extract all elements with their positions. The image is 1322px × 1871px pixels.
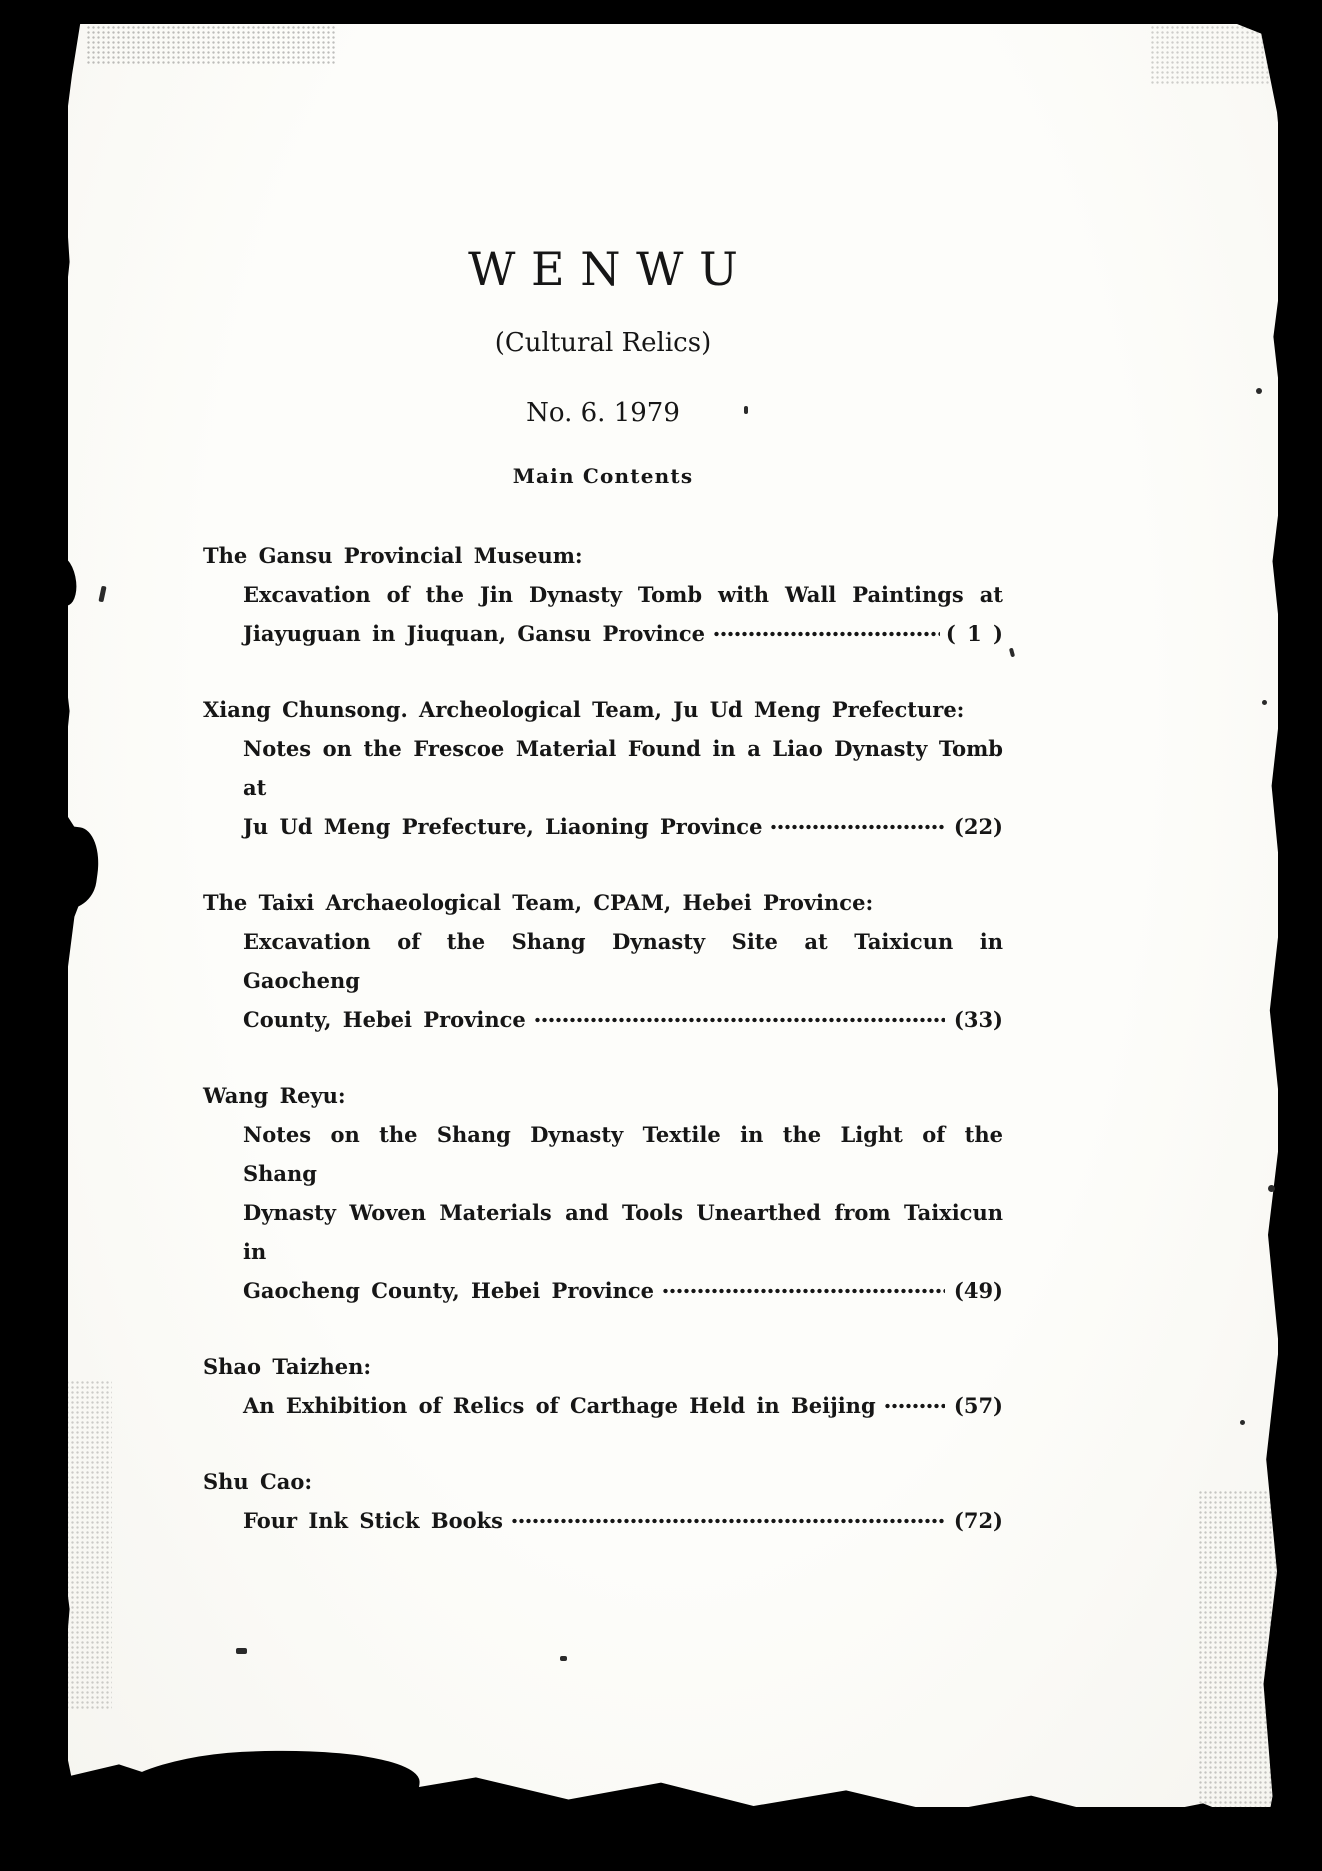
entry-last-line: Jiayuguan in Jiuquan, Gansu Province ( 1… [243,614,1003,653]
dot-leader [511,1511,945,1531]
entry-last-line: Four Ink Stick Books (72) [243,1501,1003,1540]
scan-speckle [236,1648,247,1654]
page-number: ( 1 ) [946,614,1003,653]
entry-author: Shao Taizhen: [203,1347,1003,1386]
entry-title-text: Four Ink Stick Books [243,1501,503,1540]
scanned-page: WENWU (Cultural Relics) No. 6. 1979 Main… [0,0,1322,1871]
entry-author: Xiang Chunsong. Archeological Team, Ju U… [203,690,1003,729]
scan-speckle [1262,700,1267,705]
scan-texture [86,0,336,64]
entry-title-line: Notes on the Frescoe Material Found in a… [243,729,1003,807]
entry-title-line: Notes on the Shang Dynasty Textile in th… [243,1115,1003,1193]
scan-speckle [744,406,748,414]
scan-texture [1150,0,1280,85]
entry-author: The Taixi Archaeological Team, CPAM, Heb… [203,883,1003,922]
entry-title-line: Dynasty Woven Materials and Tools Uneart… [243,1193,1003,1271]
dot-leader [713,624,940,644]
entry-title-line: Excavation of the Shang Dynasty Site at … [243,922,1003,1000]
toc-entry: The Gansu Provincial Museum: Excavation … [203,536,1003,653]
scan-speckle [1268,1185,1275,1192]
paper-sheet: WENWU (Cultural Relics) No. 6. 1979 Main… [68,24,1278,1807]
toc-entry: Xiang Chunsong. Archeological Team, Ju U… [203,690,1003,846]
entry-title-line: Excavation of the Jin Dynasty Tomb with … [243,575,1003,614]
journal-title: WENWU [203,246,1019,292]
scan-texture [1198,1490,1290,1810]
entry-author: The Gansu Provincial Museum: [203,536,1003,575]
table-of-contents: The Gansu Provincial Museum: Excavation … [203,536,1003,1540]
toc-entry: Wang Reyu: Notes on the Shang Dynasty Te… [203,1076,1003,1310]
page-number: (33) [951,1000,1003,1039]
entry-title-text: Ju Ud Meng Prefecture, Liaoning Province [243,807,762,846]
entry-title-text: County, Hebei Province [243,1000,526,1039]
page-content: WENWU (Cultural Relics) No. 6. 1979 Main… [203,24,1003,1577]
entry-title-text: Jiayuguan in Jiuquan, Gansu Province [243,614,705,653]
scan-speckle [560,1656,567,1661]
page-number: (49) [951,1271,1003,1310]
entry-author: Wang Reyu: [203,1076,1003,1115]
scan-texture [40,1380,112,1710]
entry-title-text: Gaocheng County, Hebei Province [243,1271,654,1310]
dot-leader [662,1281,945,1301]
page-number: (72) [951,1501,1003,1540]
entry-author: Shu Cao: [203,1462,1003,1501]
page-number: (22) [951,807,1003,846]
issue-number: No. 6. 1979 [203,400,1003,426]
dot-leader [770,817,945,837]
entry-title-text: An Exhibition of Relics of Carthage Held… [243,1386,876,1425]
entry-last-line: County, Hebei Province (33) [243,1000,1003,1039]
journal-subtitle: (Cultural Relics) [203,330,1003,356]
contents-heading: Main Contents [203,466,1003,486]
toc-entry: Shu Cao: Four Ink Stick Books (72) [203,1462,1003,1540]
toc-entry: The Taixi Archaeological Team, CPAM, Heb… [203,883,1003,1039]
entry-last-line: Ju Ud Meng Prefecture, Liaoning Province… [243,807,1003,846]
entry-last-line: Gaocheng County, Hebei Province (49) [243,1271,1003,1310]
dot-leader [884,1396,945,1416]
dot-leader [534,1010,945,1030]
scan-speckle [1240,1420,1245,1425]
page-number: (57) [951,1386,1003,1425]
scan-speckle [1256,388,1262,394]
entry-last-line: An Exhibition of Relics of Carthage Held… [243,1386,1003,1425]
toc-entry: Shao Taizhen: An Exhibition of Relics of… [203,1347,1003,1425]
